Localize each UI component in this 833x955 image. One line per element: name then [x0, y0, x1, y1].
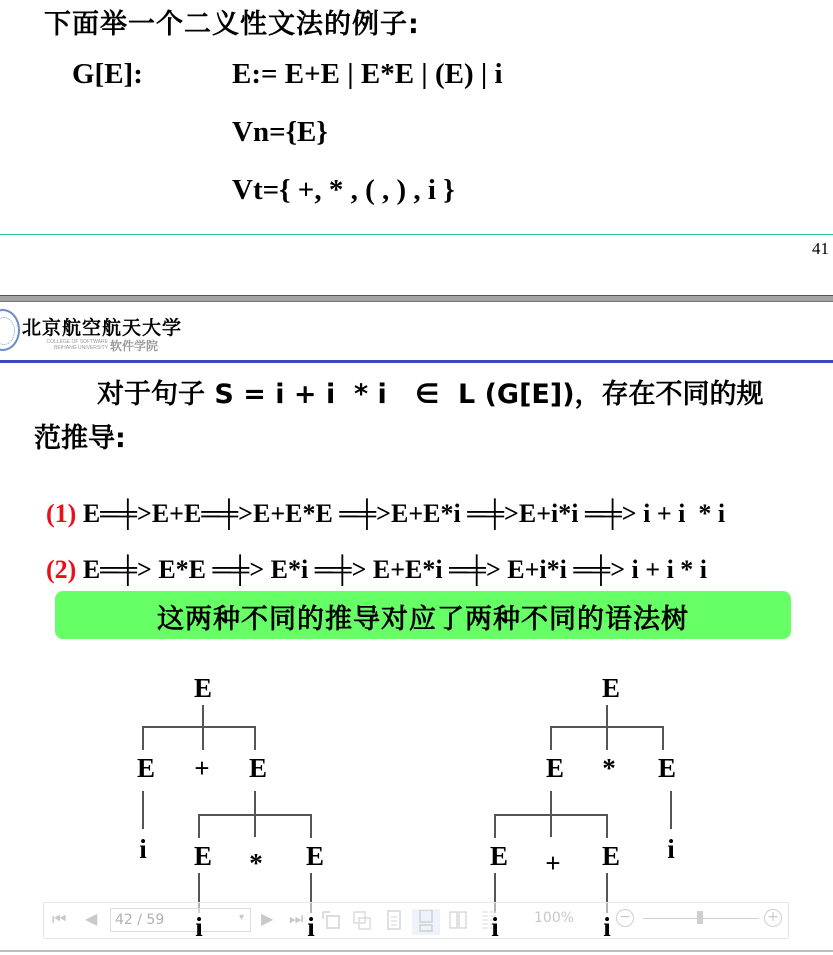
tree-edge	[198, 814, 312, 816]
derivation-steps: E═╪>E+E═╪>E+E*E ═╪>E+E*i ═╪>E+i*i ═╪> i …	[76, 499, 725, 528]
tree-edge	[254, 726, 256, 750]
page-separator	[0, 295, 833, 302]
tree-edge	[494, 814, 496, 838]
tree-edge	[202, 726, 204, 750]
derivation-number: (1)	[46, 499, 76, 528]
logo-english-text: COLLEGE OF SOFTWARE BEIHANG UNIVERSITY	[28, 339, 108, 351]
derivation-1: (1) E═╪>E+E═╪>E+E*E ═╪>E+E*i ═╪>E+i*i ═╪…	[33, 469, 725, 529]
two-page-icon[interactable]	[449, 910, 467, 930]
grammar-nonterminals: Vn={E}	[232, 116, 328, 149]
intro-text-line-1: 对于句子 S = i + i * i ∈ L (G[E])，存在不同的规	[97, 372, 764, 411]
tree-edge	[606, 726, 608, 750]
tree-edge	[606, 814, 608, 838]
tree-node: i	[592, 912, 622, 943]
tree-edge	[606, 705, 608, 727]
grammar-productions: E:= E+E | E*E | (E) | i	[232, 58, 503, 91]
single-page-icon[interactable]	[387, 910, 401, 930]
tree-edge	[142, 791, 144, 829]
first-page-icon[interactable]: ⏮	[52, 909, 66, 929]
zoom-in-icon[interactable]: +	[764, 909, 782, 927]
tree-edge	[142, 726, 144, 750]
continuous-page-icon[interactable]	[419, 910, 433, 930]
logo-department: 软件学院	[110, 337, 158, 354]
tree-edge	[550, 726, 552, 750]
next-page-icon[interactable]: ▶	[261, 909, 273, 928]
university-seal-icon	[0, 309, 20, 351]
page-indicator[interactable]: 42 / 59	[115, 912, 164, 928]
tree-node: i	[128, 834, 158, 865]
banner-text: 这两种不同的推导对应了两种不同的语法树	[55, 597, 791, 636]
intro-text-line-2: 范推导:	[34, 416, 126, 455]
tree-node: +	[187, 753, 217, 784]
tree-node: i	[296, 912, 326, 943]
tree-node: E	[596, 673, 626, 704]
tree-edge	[494, 814, 608, 816]
tree-node: +	[538, 848, 568, 879]
tree-edge	[202, 705, 204, 727]
derivation-number: (2)	[46, 555, 76, 584]
tree-node: E	[596, 841, 626, 872]
page-number-input[interactable]: 42 / 59 ▾	[110, 908, 251, 932]
tree-edge	[198, 814, 200, 838]
viewport-bottom-edge	[0, 950, 833, 952]
footer-divider	[0, 234, 833, 235]
grammar-terminals: Vt={ +, * , ( , ) , i }	[232, 174, 455, 207]
slide-title: 下面举一个二义性文法的例子:	[44, 2, 420, 41]
tree-node: E	[540, 753, 570, 784]
page-number: 41	[812, 239, 829, 259]
tree-node: *	[594, 753, 624, 784]
zoom-level[interactable]: 100%	[534, 910, 574, 926]
rotate-right-icon[interactable]	[353, 910, 371, 930]
tree-node: E	[652, 753, 682, 784]
slide-41: 下面举一个二义性文法的例子: G[E]: E:= E+E | E*E | (E)…	[0, 0, 833, 296]
tree-node: E	[243, 753, 273, 784]
zoom-slider-thumb[interactable]	[697, 911, 703, 924]
tree-node: E	[131, 753, 161, 784]
tree-edge	[142, 726, 256, 728]
tree-node: E	[484, 841, 514, 872]
derivation-steps: E═╪> E*E ═╪> E*i ═╪> E+E*i ═╪> E+i*i ═╪>…	[76, 555, 707, 584]
tree-node: i	[656, 834, 686, 865]
tree-node: i	[184, 912, 214, 943]
tree-edge	[310, 814, 312, 838]
tree-node: E	[188, 841, 218, 872]
prev-page-icon[interactable]: ◀	[85, 909, 97, 928]
tree-edge	[670, 791, 672, 829]
tree-edge	[662, 726, 664, 750]
header-divider	[0, 360, 833, 363]
chevron-down-icon[interactable]: ▾	[239, 912, 244, 923]
tree-node: *	[241, 848, 271, 879]
tree-node: E	[300, 841, 330, 872]
grammar-label: G[E]:	[72, 58, 143, 91]
tree-node: E	[188, 673, 218, 704]
derivation-2: (2) E═╪> E*E ═╪> E*i ═╪> E+E*i ═╪> E+i*i…	[33, 525, 707, 585]
tree-node: i	[480, 912, 510, 943]
logo-university-name: 北京航空航天大学	[22, 313, 182, 340]
highlight-banner: 这两种不同的推导对应了两种不同的语法树	[55, 591, 791, 639]
